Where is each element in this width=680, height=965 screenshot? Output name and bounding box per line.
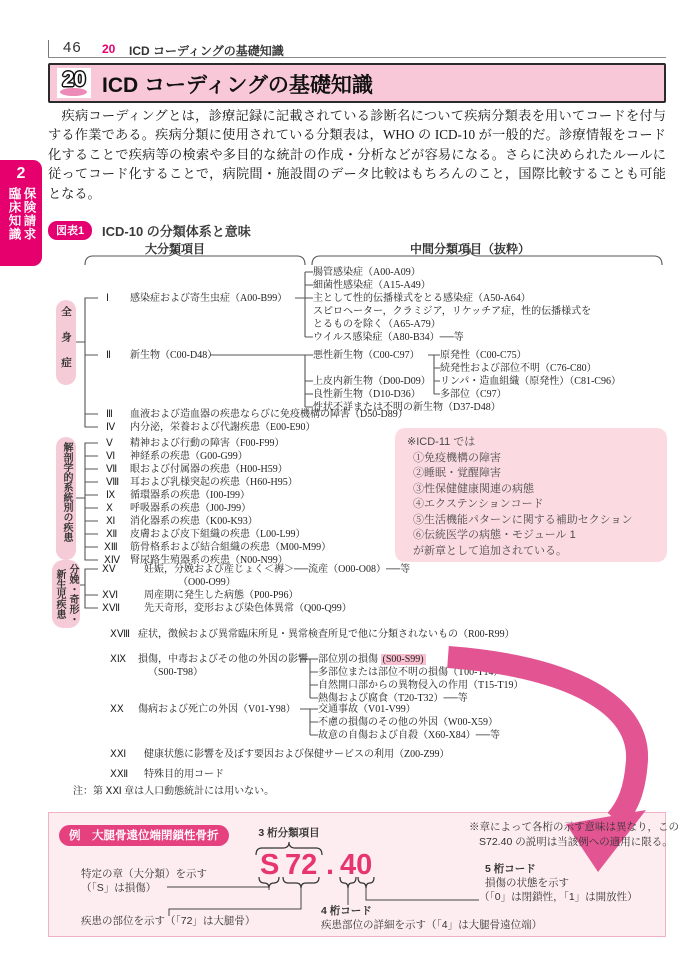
column-header-intermediate: 中間分類項目（抜粋）	[388, 240, 552, 257]
row-title: 筋骨格系および結合組織の疾患（M00-M99）	[130, 541, 331, 554]
icd11-line: ⑤生活機能パターンに関する補助セクション	[407, 513, 655, 529]
row-num: Ⅲ	[106, 408, 113, 421]
example-box: 例 大腿骨遠位端閉鎖性骨折 3 桁分類項目 S 72 . 40 ※章によって各桁…	[48, 812, 666, 937]
label-4digit-1: 4 桁コード	[321, 905, 372, 918]
intro-paragraph: 疾病コーディングとは，診療記録に記載されている診断名について疾病分類表を用いてコ…	[48, 106, 666, 203]
header-chapter-number: 20	[102, 42, 115, 56]
icd11-line: ②睡眠・覚醒障害	[407, 466, 655, 482]
header-rule	[48, 57, 666, 58]
row-num: Ⅱ	[106, 349, 111, 362]
label-4digit-2: 疾患部位の詳細を示す（「4」は大腿骨遠位端）	[321, 919, 542, 932]
label-3digit: 3 桁分類項目	[229, 827, 349, 840]
row-num: ⅩⅤ	[102, 563, 116, 576]
row-num: Ⅳ	[106, 421, 115, 434]
row-title: 妊娠，分娩および産じょく＜褥＞──流産（O00-O08）──等	[144, 563, 410, 576]
row-title: 感染症および寄生虫症（A00-B99）	[130, 292, 287, 305]
sub-sub-item: 原発性（C00-C75）	[440, 349, 527, 362]
s00-s99-highlight: (S00-S99)	[381, 654, 426, 665]
row-num: Ⅸ	[106, 489, 115, 502]
row-title: 循環器系の疾患（I00-I99）	[130, 489, 250, 502]
figure-footnote: 注：第 ⅩⅪ 章は人口動態統計には用いない。	[73, 785, 274, 798]
label-5digit-2: 損傷の状態を示す	[485, 877, 569, 890]
sub-sub-item: リンパ・造血組織（原発性）（C81-C96）	[440, 375, 621, 388]
code-dot: .	[326, 849, 334, 882]
icd11-line: ④エクステンションコード	[407, 497, 655, 513]
sub-item: スピロヘーター，クラミジア，リケッチア症，性的伝播様式を	[313, 305, 591, 318]
icd11-line: ③性保健健康関連の病態	[407, 482, 655, 498]
example-badge: 例 大腿骨遠位端閉鎖性骨折	[59, 825, 229, 846]
row-title: 損傷，中毒およびその他の外因の影響	[138, 653, 308, 666]
figure-badge: 図表1	[48, 221, 92, 240]
sidebar-tab-label: 保険請求臨床知識	[6, 187, 36, 241]
row-title: 傷病および死亡の外因（V01-Y98）	[138, 703, 296, 716]
header-tick	[48, 40, 49, 57]
row-title: 症状，徴候および異常臨床所見・異常検査所見で他に分類されないもの（R00-R99…	[138, 628, 515, 641]
row-title: 眼および付属器の疾患（H00-H59）	[130, 463, 288, 476]
sub-item: 性状不詳または不明の新生物（D37-D48）	[313, 401, 501, 414]
code-40: 40	[340, 849, 372, 882]
example-note-line1: ※章によって各桁の示す意味は異なり，この	[469, 821, 679, 834]
sub-item: 主として性的伝播様式をとる感染症（A50-A64）	[313, 292, 531, 305]
row-num: ⅩⅨ	[110, 653, 126, 666]
row-num: ⅩⅦ	[102, 602, 120, 615]
group-bubble-anatomical: 解剖学的系統別の疾患	[56, 437, 76, 560]
sub-item: 自然開口部からの異物侵入の作用（T15-T19）	[318, 679, 524, 692]
row-num: ⅩⅧ	[110, 628, 130, 641]
sub-sub-item: 続発性および部位不明（C76-C80）	[440, 362, 597, 375]
sub-item: 上皮内新生物（D00-D09）	[313, 375, 431, 388]
row-title: 内分泌，栄養および代謝疾患（E00-E90）	[130, 421, 316, 434]
row-title: 特殊目的用コード	[144, 768, 224, 781]
chapter-number: 20	[62, 68, 85, 91]
label-5digit-1: 5 桁コード	[485, 863, 536, 876]
sub-item: 悪性新生物（C00-C97）	[313, 349, 420, 362]
row-title: 神経系の疾患（G00-G99）	[130, 450, 248, 463]
sub-item: 故意の自傷および自殺（X60-X84）──等	[318, 729, 500, 742]
group-bubble-obstetric: 分娩・奇形・新生児疾患	[52, 560, 80, 628]
row-title: 呼吸器系の疾患（J00-J99）	[130, 502, 251, 515]
chapter-number-box: 20	[57, 68, 91, 98]
chapter-title: ICD コーディングの基礎知識	[102, 69, 373, 99]
example-note-line2: S72.40 の説明は当該例への適用に限る。	[479, 836, 673, 849]
sub-item: とるものを除く（A65-A79）	[313, 318, 441, 331]
icd11-line: ⑥伝統医学の病態・モジュール 1	[407, 528, 655, 544]
sub-item: 腸管感染症（A00-A09）	[313, 266, 421, 279]
icd11-line: が新章として追加されている。	[407, 544, 655, 560]
row-title-line2: （S00-T98）	[148, 666, 203, 679]
sub-item: 良性新生物（D10-D36）	[313, 388, 421, 401]
sub-sub-item: 多部位（C97）	[440, 388, 507, 401]
sub-item: ウイルス感染症（A80-B34）──等	[313, 331, 464, 344]
icd11-line: ※ICD-11 では	[407, 435, 655, 451]
row-title: 皮膚および皮下組織の疾患（L00-L99）	[130, 528, 306, 541]
row-title: 精神および行動の障害（F00-F99）	[130, 437, 284, 450]
label-s-2: （「S」は損傷）	[81, 882, 156, 895]
label-s-1: 特定の章（大分類）を示す	[81, 868, 207, 881]
row-num: ⅩⅢ	[104, 541, 118, 554]
row-title-line2: （O00-O99）	[178, 576, 236, 589]
row-num: Ⅻ	[106, 528, 117, 541]
chapter-title-bar: 20 ICD コーディングの基礎知識	[48, 63, 666, 103]
column-header-major: 大分類項目	[108, 240, 242, 257]
row-title: 先天奇形，変形および染色体異常（Q00-Q99）	[144, 602, 352, 615]
figure-title: ICD-10 の分類体系と意味	[102, 221, 251, 240]
sidebar-tab: 2 保険請求臨床知識	[0, 160, 42, 266]
label-72: 疾患の部位を示す（「72」は大腿骨）	[81, 915, 255, 928]
row-num: ⅩⅩ	[110, 703, 124, 716]
row-num: Ⅵ	[106, 450, 115, 463]
row-num: ⅩⅪ	[110, 748, 126, 761]
code-72: 72	[285, 849, 317, 882]
label-5digit-3: （「0」は閉鎖性，「1」は開放性）	[479, 891, 638, 904]
row-num: Ⅹ	[106, 502, 113, 515]
icd11-note-box: ※ICD-11 では ①免疫機構の障害 ②睡眠・覚醒障害 ③性保健健康関連の病態…	[395, 428, 667, 562]
row-num: Ⅰ	[106, 292, 109, 305]
group-bubble-systemic: 全身症	[56, 300, 76, 385]
icd11-line: ①免疫機構の障害	[407, 451, 655, 467]
sub-item: 不慮の損傷のその他の外因（W00-X59）	[318, 716, 498, 729]
row-num: Ⅴ	[106, 437, 113, 450]
row-num: Ⅷ	[106, 476, 119, 489]
row-num: Ⅺ	[106, 515, 115, 528]
sub-item-injury: 部位別の損傷 (S00-S99)	[318, 653, 426, 666]
row-title: 新生物（C00-D48）	[130, 349, 217, 362]
row-num: ⅩⅫ	[110, 768, 128, 781]
sub-item: 多部位または部位不明の損傷（T00-T14）	[318, 666, 504, 679]
textbook-page: { "colors":{"accent_pink":"#e50071","lig…	[0, 0, 680, 965]
row-title: 周産期に発生した病態（P00-P96）	[144, 589, 298, 602]
sub-item: 交通事故（V01-V99）	[318, 703, 416, 716]
icd10-classification-diagram: 大分類項目 中間分類項目（抜粋） 全身症 解剖学的系統別の疾患 分娩・奇形・新生…	[48, 240, 668, 797]
row-title: 耳および乳様突起の疾患（H60-H95）	[130, 476, 298, 489]
row-title: 消化器系の疾患（K00-K93）	[130, 515, 258, 528]
sub-item: 細菌性感染症（A15-A49）	[313, 279, 431, 292]
row-num: Ⅶ	[106, 463, 117, 476]
sidebar-tab-number: 2	[0, 165, 42, 183]
code-s: S	[260, 849, 279, 882]
row-title: 健康状態に影響を及ぼす要因および保健サービスの利用（Z00-Z99）	[144, 748, 450, 761]
row-num: ⅩⅥ	[102, 589, 118, 602]
page-number: 46	[63, 39, 82, 56]
